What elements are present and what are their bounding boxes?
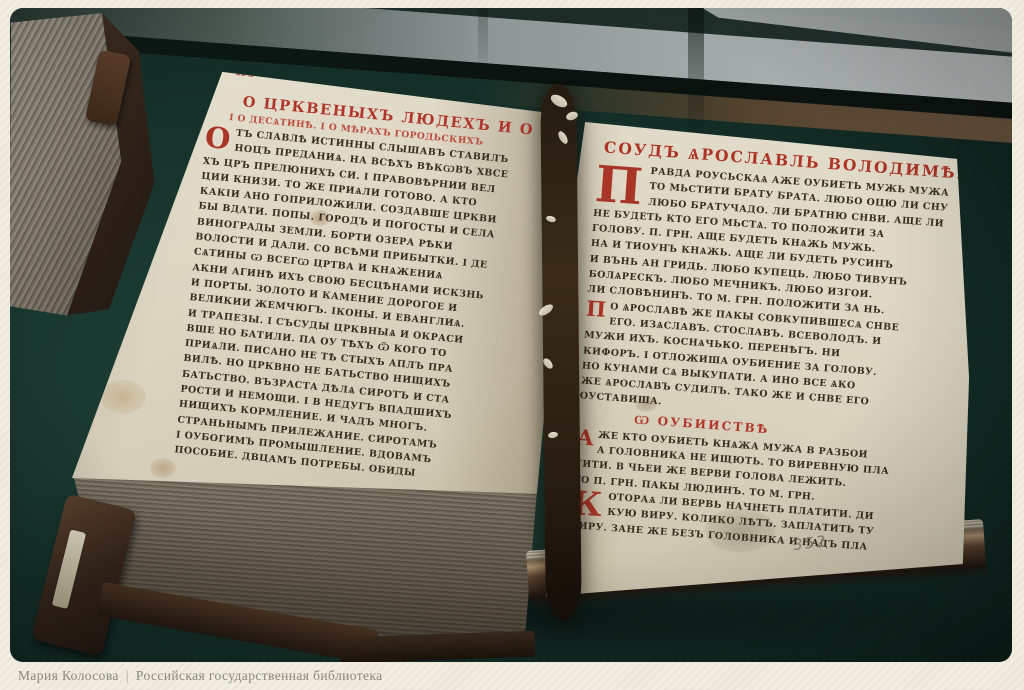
stain [100,380,146,414]
museum-photo: кз о црквеныхъ людехъ и о сихъі о десѧти… [10,8,1012,662]
illuminated-initial: О [204,124,232,152]
illuminated-initial: П [594,163,644,208]
right-page: ки соудъ ѧрославль володимѣричьПравда ро… [515,96,995,616]
caption-author: Мария Колосова [18,668,119,683]
vitrine-seam [478,8,488,78]
caption-institution: Российская государственная библиотека [136,668,383,683]
stain [150,458,176,478]
exposed-sewing [52,529,86,609]
spine-gutter [540,84,582,621]
caption-separator: | [126,668,129,684]
manuscript-text-right: соудъ ѧрославль володимѣричьПравда роусь… [570,134,950,559]
manuscript-para: Отъ славлѣ истинны слышавъ ставилъноцъ п… [174,123,573,494]
manuscript-text-left: о црквеныхъ людехъ и о сихъі о десѧтинѣ.… [174,88,576,494]
manuscript-para: Правда роусьскаѧ аже оубиеть мужь мужато… [587,160,948,323]
caption-bar: Мария Колосова|Российская государственна… [18,667,383,685]
illuminated-initial: П [586,298,607,318]
